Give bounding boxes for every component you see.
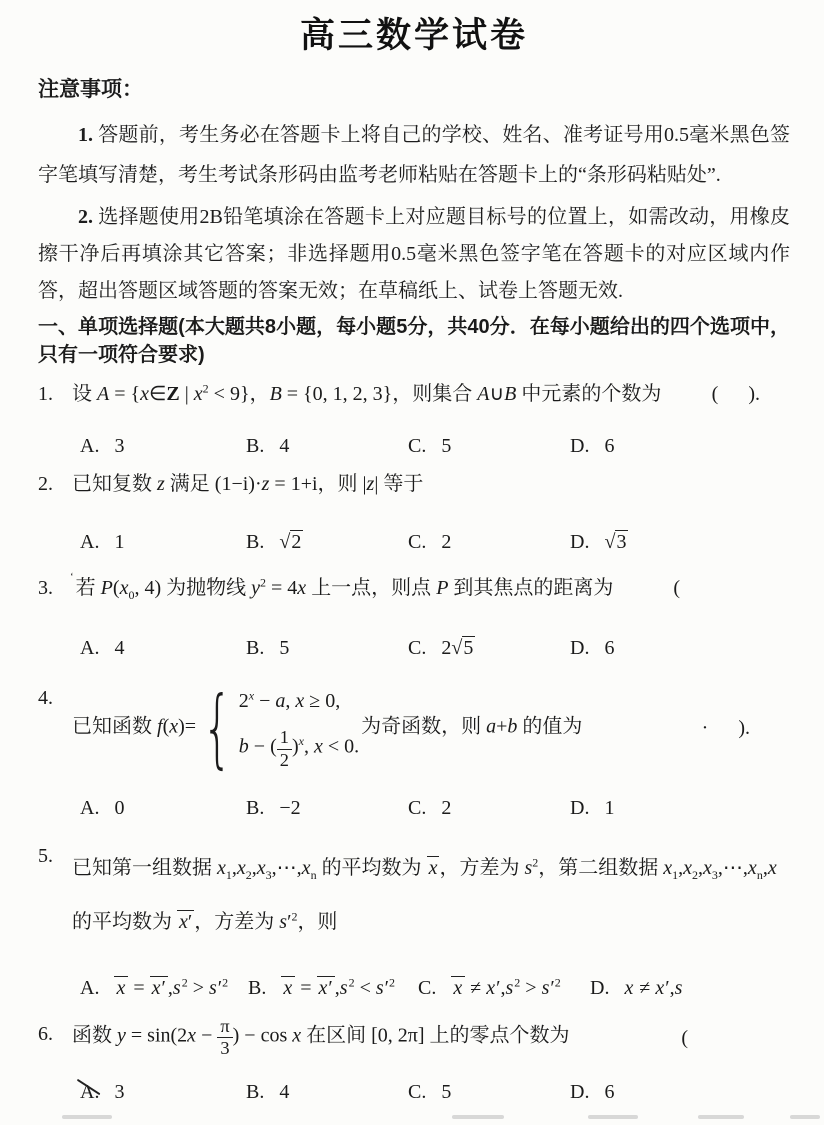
option-marker: A. bbox=[80, 431, 99, 461]
scan-artifact bbox=[588, 1115, 638, 1119]
scan-artifact bbox=[698, 1115, 744, 1119]
question-number: 1. bbox=[38, 379, 72, 409]
option-D: D.x ≠ x′,s bbox=[590, 973, 790, 1003]
question-stem: 已知函数 f(x)={2x − a, x ≥ 0,b − (12)x, x < … bbox=[72, 683, 790, 773]
option-value: 5 bbox=[441, 435, 451, 457]
option-marker: A. bbox=[80, 793, 99, 823]
question-number: 6. bbox=[38, 1017, 72, 1059]
notice-item-1: 1. 答题前，考生务必在答题卡上将自己的学校、姓名、准考证号用0.5毫米黑色签字… bbox=[38, 115, 790, 195]
option-value: 2 bbox=[441, 531, 451, 553]
answer-parentheses: ( bbox=[673, 573, 680, 603]
option-value: x ≠ x′,s2 > s′2 bbox=[451, 977, 560, 999]
option-value: 6 bbox=[604, 637, 614, 659]
option-A: A.3 bbox=[80, 1077, 246, 1107]
option-A: A.1 bbox=[80, 527, 246, 557]
option-value: x = x′,s2 < s′2 bbox=[281, 977, 395, 999]
option-B: B.x = x′,s2 < s′2 bbox=[248, 973, 418, 1003]
options-row: A.x = x′,s2 > s′2B.x = x′,s2 < s′2C.x ≠ … bbox=[38, 973, 790, 1003]
options-row: A.0B.−2C.2D.1 bbox=[38, 793, 790, 823]
option-marker: B. bbox=[246, 1077, 264, 1107]
option-value: 4 bbox=[114, 637, 124, 659]
option-value: x = x′,s2 > s′2 bbox=[114, 977, 228, 999]
question-number: 5. bbox=[38, 841, 72, 949]
question-stem: 已知复数 z 满足 (1−i)·z = 1+i，则 |z| 等于 bbox=[72, 469, 790, 499]
option-D: D.6 bbox=[570, 431, 790, 461]
option-D: D.√3 bbox=[570, 527, 790, 557]
option-C: C.x ≠ x′,s2 > s′2 bbox=[418, 973, 590, 1003]
option-value: √3 bbox=[604, 530, 628, 553]
option-value: −2 bbox=[279, 797, 300, 819]
question-3: 3.ʻ若 P(x0, 4) 为抛物线 y2 = 4x 上一点，则点 P 到其焦点… bbox=[38, 573, 790, 663]
option-C: C.5 bbox=[408, 431, 570, 461]
option-marker: D. bbox=[570, 431, 589, 461]
question-line: 4.已知函数 f(x)={2x − a, x ≥ 0,b − (12)x, x … bbox=[38, 683, 790, 773]
questions-list: 1.设 A = {x∈Z | x2 < 9}，B = {0, 1, 2, 3}，… bbox=[38, 379, 790, 1107]
question-stem: 设 A = {x∈Z | x2 < 9}，B = {0, 1, 2, 3}，则集… bbox=[72, 379, 790, 409]
option-marker: C. bbox=[408, 431, 426, 461]
section-heading: 一、单项选择题(本大题共8小题，每小题5分，共40分．在每小题给出的四个选项中，… bbox=[38, 313, 790, 369]
option-B: B.−2 bbox=[246, 793, 408, 823]
options-row: A.3B.4C.5D.6 bbox=[38, 1077, 790, 1107]
option-marker: D. bbox=[590, 973, 609, 1003]
option-D: D.1 bbox=[570, 793, 790, 823]
option-B: B.4 bbox=[246, 1077, 408, 1107]
question-5: 5.已知第一组数据 x1,x2,x3,⋯,xn 的平均数为 x，方差为 s2，第… bbox=[38, 841, 790, 1003]
question-stem: ʻ若 P(x0, 4) 为抛物线 y2 = 4x 上一点，则点 P 到其焦点的距… bbox=[72, 573, 790, 603]
option-D: D.6 bbox=[570, 1077, 790, 1107]
scan-artifact bbox=[62, 1115, 112, 1119]
notice-section: 1. 答题前，考生务必在答题卡上将自己的学校、姓名、准考证号用0.5毫米黑色签字… bbox=[38, 115, 790, 310]
question-stem: 已知第一组数据 x1,x2,x3,⋯,xn 的平均数为 x，方差为 s2，第二组… bbox=[72, 841, 790, 949]
notice-item-2: 2. 选择题使用2B铅笔填涂在答题卡上对应题目标号的位置上，如需改动，用橡皮擦干… bbox=[38, 199, 790, 310]
exam-paper: 高三数学试卷 注意事项： 1. 答题前，考生务必在答题卡上将自己的学校、姓名、准… bbox=[0, 0, 824, 1125]
option-marker: C. bbox=[408, 527, 426, 557]
option-marker: B. bbox=[248, 973, 266, 1003]
option-marker: D. bbox=[570, 527, 589, 557]
option-value: 4 bbox=[279, 1081, 289, 1103]
answer-parentheses: ( ). bbox=[712, 379, 760, 409]
answer-parentheses: · ). bbox=[702, 713, 750, 743]
option-C: C.2√5 bbox=[408, 633, 570, 663]
question-line: 6.函数 y = sin(2x − π3) − cos x 在区间 [0, 2π… bbox=[38, 1017, 790, 1059]
option-marker: D. bbox=[570, 633, 589, 663]
option-C: C.2 bbox=[408, 793, 570, 823]
option-marker: A. bbox=[80, 633, 99, 663]
option-A: A.0 bbox=[80, 793, 246, 823]
options-row: A.4B.5C.2√5D.6 bbox=[38, 633, 790, 663]
option-B: B.5 bbox=[246, 633, 408, 663]
question-4: 4.已知函数 f(x)={2x − a, x ≥ 0,b − (12)x, x … bbox=[38, 683, 790, 823]
option-A: A.x = x′,s2 > s′2 bbox=[80, 973, 248, 1003]
option-B: B.4 bbox=[246, 431, 408, 461]
option-value: 2√5 bbox=[441, 636, 475, 659]
option-marker: A. bbox=[80, 527, 99, 557]
option-C: C.2 bbox=[408, 527, 570, 557]
option-marker: B. bbox=[246, 431, 264, 461]
option-marker: D. bbox=[570, 1077, 589, 1107]
option-marker: B. bbox=[246, 633, 264, 663]
option-marker: B. bbox=[246, 793, 264, 823]
option-D: D.6 bbox=[570, 633, 790, 663]
option-A: A.3 bbox=[80, 431, 246, 461]
option-value: 1 bbox=[114, 531, 124, 553]
option-A: A.4 bbox=[80, 633, 246, 663]
option-marker: C. bbox=[408, 793, 426, 823]
option-marker: C. bbox=[408, 1077, 426, 1107]
question-line: 1.设 A = {x∈Z | x2 < 9}，B = {0, 1, 2, 3}，… bbox=[38, 379, 790, 409]
option-B: B.√2 bbox=[246, 527, 408, 557]
option-value: 3 bbox=[114, 1081, 124, 1103]
option-marker: B. bbox=[246, 527, 264, 557]
option-value: 3 bbox=[114, 435, 124, 457]
option-marker: A. bbox=[80, 1077, 99, 1107]
notice-heading: 注意事项： bbox=[38, 73, 790, 103]
option-value: √2 bbox=[279, 530, 303, 553]
option-marker: A. bbox=[80, 973, 99, 1003]
option-value: 1 bbox=[604, 797, 614, 819]
option-value: 4 bbox=[279, 435, 289, 457]
option-value: 0 bbox=[114, 797, 124, 819]
question-number: 2. bbox=[38, 469, 72, 499]
option-marker: C. bbox=[418, 973, 436, 1003]
question-number: 4. bbox=[38, 683, 72, 773]
option-value: 5 bbox=[441, 1081, 451, 1103]
options-row: A.3B.4C.5D.6 bbox=[38, 431, 790, 461]
scan-artifact bbox=[452, 1115, 504, 1119]
option-marker: D. bbox=[570, 793, 589, 823]
option-C: C.5 bbox=[408, 1077, 570, 1107]
option-value: 5 bbox=[279, 637, 289, 659]
option-marker: C. bbox=[408, 633, 426, 663]
question-line: 5.已知第一组数据 x1,x2,x3,⋯,xn 的平均数为 x，方差为 s2，第… bbox=[38, 841, 790, 949]
option-value: 6 bbox=[604, 435, 614, 457]
question-2: 2.已知复数 z 满足 (1−i)·z = 1+i，则 |z| 等于A.1B.√… bbox=[38, 469, 790, 557]
scan-artifact bbox=[790, 1115, 820, 1119]
question-line: 3.ʻ若 P(x0, 4) 为抛物线 y2 = 4x 上一点，则点 P 到其焦点… bbox=[38, 573, 790, 603]
option-value: 2 bbox=[441, 797, 451, 819]
option-value: x ≠ x′,s bbox=[624, 977, 683, 999]
question-6: 6.函数 y = sin(2x − π3) − cos x 在区间 [0, 2π… bbox=[38, 1017, 790, 1107]
options-row: A.1B.√2C.2D.√3 bbox=[38, 527, 790, 557]
question-number: 3. bbox=[38, 573, 72, 603]
question-line: 2.已知复数 z 满足 (1−i)·z = 1+i，则 |z| 等于 bbox=[38, 469, 790, 499]
question-1: 1.设 A = {x∈Z | x2 < 9}，B = {0, 1, 2, 3}，… bbox=[38, 379, 790, 461]
answer-parentheses: ( bbox=[681, 1021, 688, 1055]
page-title: 高三数学试卷 bbox=[38, 6, 790, 58]
option-value: 6 bbox=[604, 1081, 614, 1103]
